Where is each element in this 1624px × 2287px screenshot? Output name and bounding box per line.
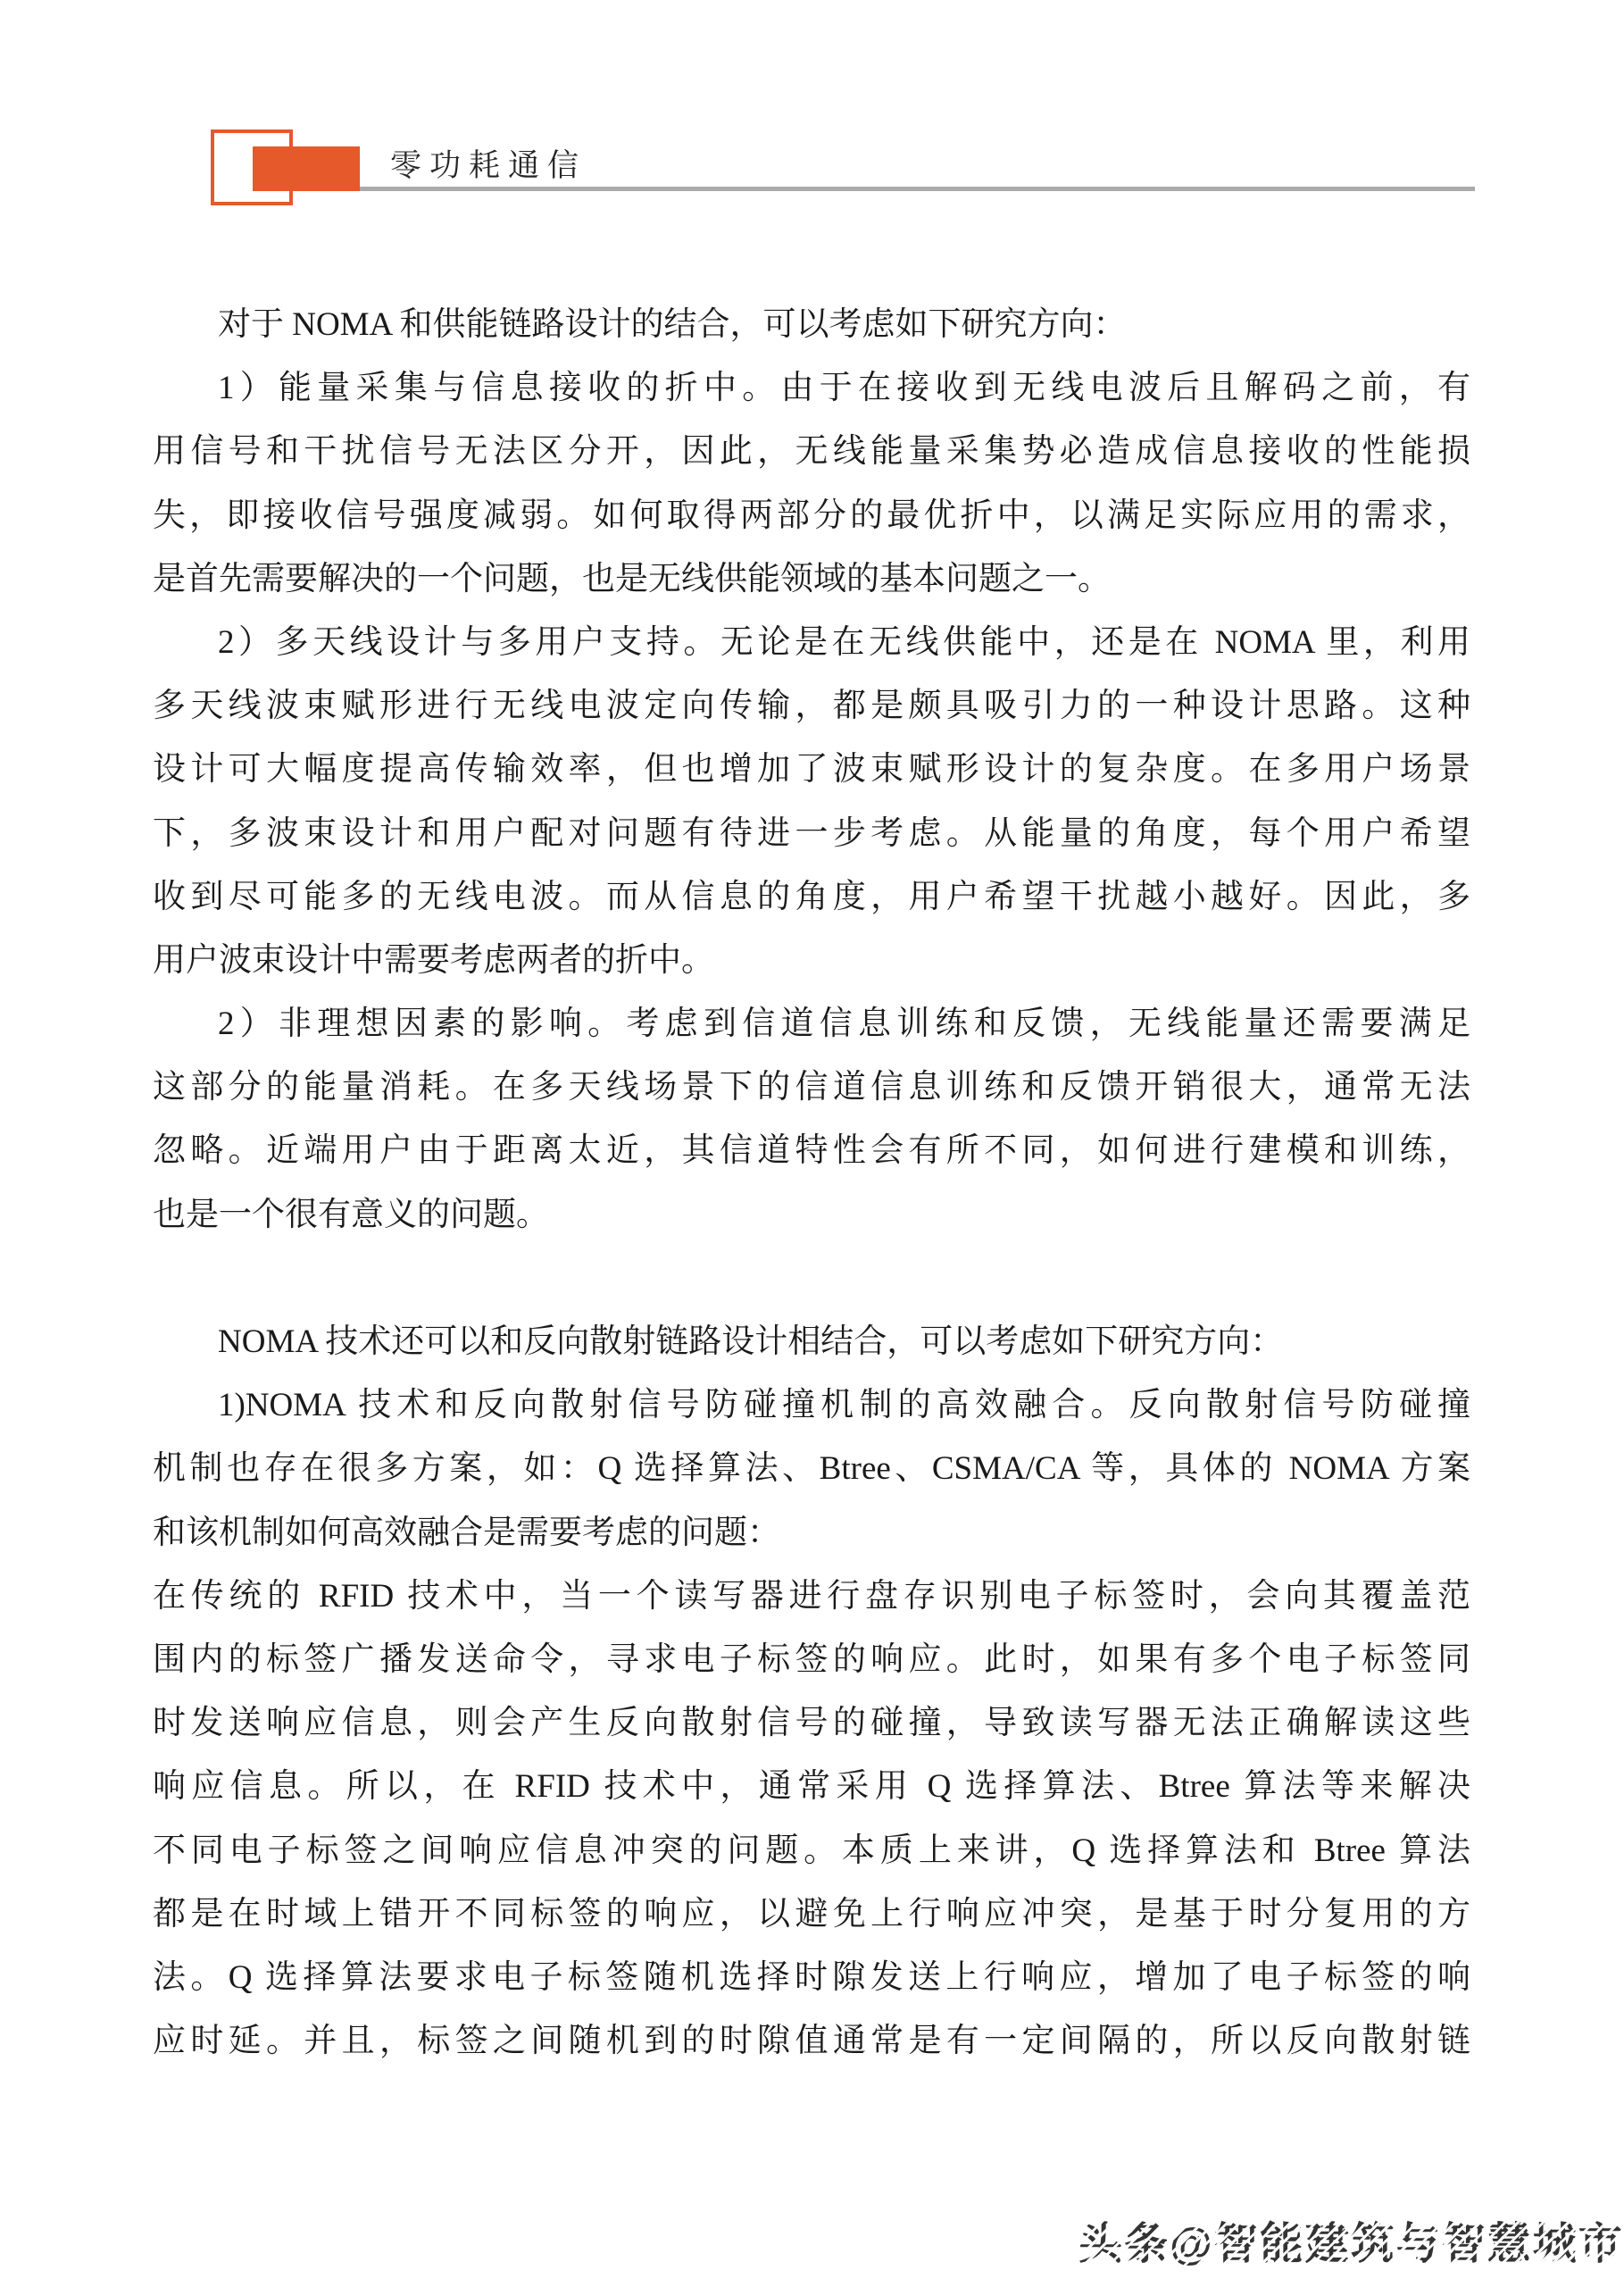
text-line: 在传统的 RFID 技术中，当一个读写器进行盘存识别电子标签时，会向其覆盖范 <box>153 1565 1470 1628</box>
text-line: 不同电子标签之间响应信息冲突的问题。本质上来讲，Q 选择算法和 Btree 算法 <box>153 1819 1470 1882</box>
text-line: 响应信息。所以，在 RFID 技术中，通常采用 Q 选择算法、Btree 算法等… <box>153 1755 1470 1818</box>
text-line: 和该机制如何高效融合是需要考虑的问题： <box>153 1501 1470 1565</box>
book-title: 零功耗通信 <box>390 141 587 186</box>
document-page: 零功耗通信 对于 NOMA 和供能链路设计的结合，可以考虑如下研究方向：1）能量… <box>0 0 1624 2287</box>
text-line: 收到尽可能多的无线电波。而从信息的角度，用户希望干扰越小越好。因此，多 <box>153 865 1470 929</box>
text-line: 这部分的能量消耗。在多天线场景下的信道信息训练和反馈开销很大，通常无法 <box>153 1056 1470 1119</box>
text-line: 忽略。近端用户由于距离太近，其信道特性会有所不同，如何进行建模和训练， <box>153 1119 1470 1182</box>
text-line: 都是在时域上错开不同标签的响应，以避免上行响应冲突，是基于时分复用的方 <box>153 1882 1470 1946</box>
body-text: 对于 NOMA 和供能链路设计的结合，可以考虑如下研究方向：1）能量采集与信息接… <box>153 293 1470 2073</box>
text-line: 应时延。并且，标签之间随机到的时隙值通常是有一定间隔的，所以反向散射链 <box>153 2009 1470 2073</box>
text-line: 法。Q 选择算法要求电子标签随机选择时隙发送上行响应，增加了电子标签的响 <box>153 1946 1470 2009</box>
text-line: 1)NOMA 技术和反向散射信号防碰撞机制的高效融合。反向散射信号防碰撞 <box>153 1373 1470 1437</box>
text-line <box>153 1247 1470 1310</box>
text-line: 是首先需要解决的一个问题，也是无线供能领域的基本问题之一。 <box>153 547 1470 611</box>
text-line: 设计可大幅度提高传输效率，但也增加了波束赋形设计的复杂度。在多用户场景 <box>153 738 1470 801</box>
text-line: 多天线波束赋形进行无线电波定向传输，都是颇具吸引力的一种设计思路。这种 <box>153 674 1470 738</box>
text-line: 时发送响应信息，则会产生反向散射信号的碰撞，导致读写器无法正确解读这些 <box>153 1691 1470 1755</box>
text-line: 2）多天线设计与多用户支持。无论是在无线供能中，还是在 NOMA 里，利用 <box>153 611 1470 674</box>
text-line: 对于 NOMA 和供能链路设计的结合，可以考虑如下研究方向： <box>153 293 1470 356</box>
text-line: 下，多波束设计和用户配对问题有待进一步考虑。从能量的角度，每个用户希望 <box>153 802 1470 865</box>
text-line: 失，即接收信号强度减弱。如何取得两部分的最优折中，以满足实际应用的需求， <box>153 484 1470 547</box>
text-line: NOMA 技术还可以和反向散射链路设计相结合，可以考虑如下研究方向： <box>153 1310 1470 1373</box>
text-line: 1）能量采集与信息接收的折中。由于在接收到无线电波后且解码之前，有 <box>153 356 1470 420</box>
watermark: 头条@智能建筑与智慧城市 <box>1079 2209 1624 2272</box>
text-line: 用户波束设计中需要考虑两者的折中。 <box>153 929 1470 992</box>
text-line: 也是一个很有意义的问题。 <box>153 1183 1470 1247</box>
header-rule <box>300 187 1475 191</box>
text-line: 围内的标签广播发送命令，寻求电子标签的响应。此时，如果有多个电子标签同 <box>153 1628 1470 1691</box>
text-line: 2）非理想因素的影响。考虑到信道信息训练和反馈，无线能量还需要满足 <box>153 992 1470 1056</box>
text-line: 机制也存在很多方案，如：Q 选择算法、Btree、CSMA/CA 等，具体的 N… <box>153 1437 1470 1500</box>
chapter-logo-filled-rect <box>253 146 360 191</box>
text-line: 用信号和干扰信号无法区分开，因此，无线能量采集势必造成信息接收的性能损 <box>153 420 1470 483</box>
